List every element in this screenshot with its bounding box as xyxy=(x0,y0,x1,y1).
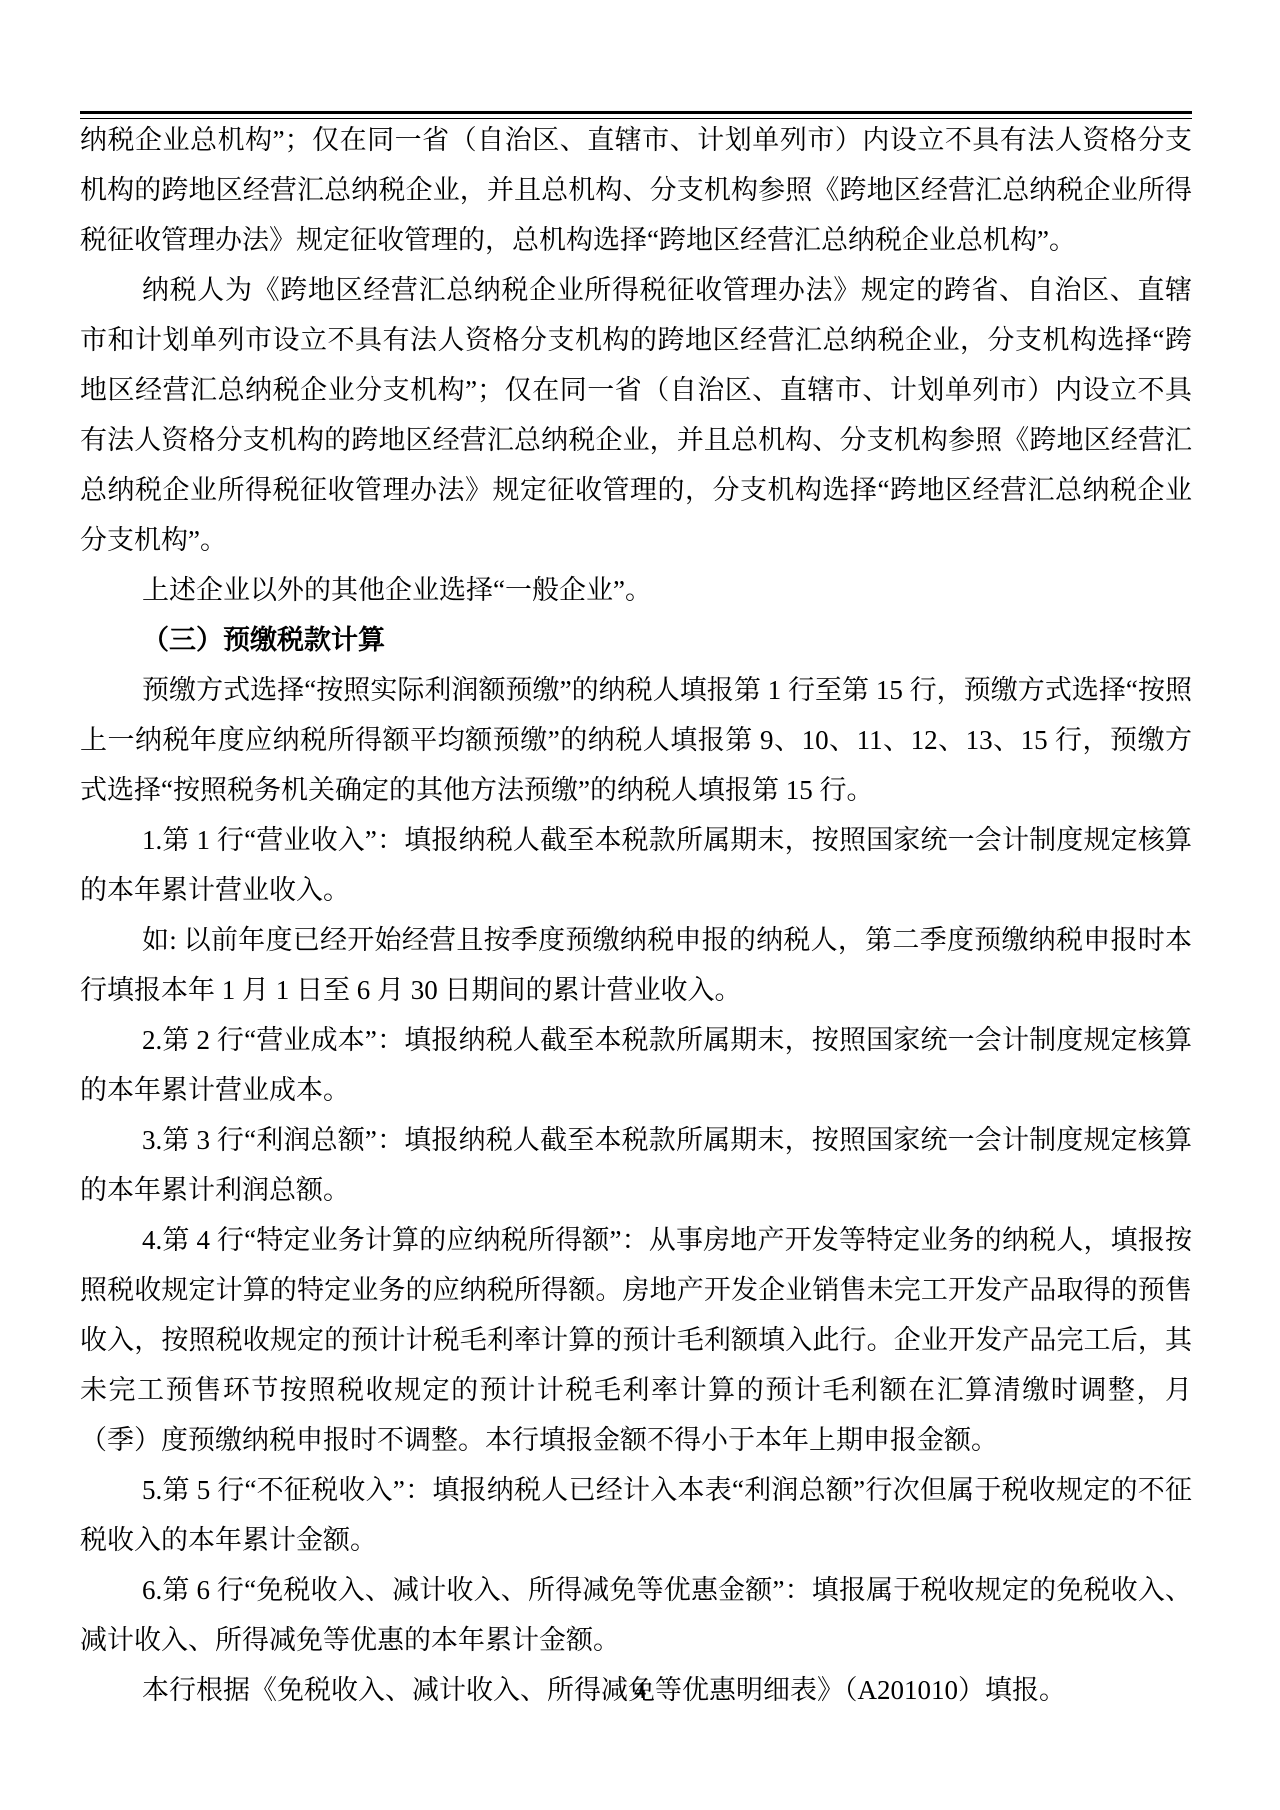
paragraph: 6.第 6 行“免税收入、减计收入、所得减免等优惠金额”：填报属于税收规定的免税… xyxy=(80,1565,1192,1665)
paragraph: 4.第 4 行“特定业务计算的应纳税所得额”：从事房地产开发等特定业务的纳税人，… xyxy=(80,1215,1192,1465)
paragraph: 3.第 3 行“利润总额”：填报纳税人截至本税款所属期末，按照国家统一会计制度规… xyxy=(80,1115,1192,1215)
paragraph: 1.第 1 行“营业收入”：填报纳税人截至本税款所属期末，按照国家统一会计制度规… xyxy=(80,815,1192,915)
page-content: 纳税企业总机构”；仅在同一省（自治区、直辖市、计划单列市）内设立不具有法人资格分… xyxy=(80,115,1192,1715)
page-footer: 4 xyxy=(0,1676,1280,1706)
page-number: 4 xyxy=(634,1678,646,1704)
section-heading: （三）预缴税款计算 xyxy=(80,615,1192,665)
paragraph: 如: 以前年度已经开始经营且按季度预缴纳税申报的纳税人，第二季度预缴纳税申报时本… xyxy=(80,915,1192,1015)
paragraph: 上述企业以外的其他企业选择“一般企业”。 xyxy=(80,565,1192,615)
paragraph: 2.第 2 行“营业成本”：填报纳税人截至本税款所属期末，按照国家统一会计制度规… xyxy=(80,1015,1192,1115)
document-page: 纳税企业总机构”；仅在同一省（自治区、直辖市、计划单列市）内设立不具有法人资格分… xyxy=(0,0,1280,1810)
paragraph: 预缴方式选择“按照实际利润额预缴”的纳税人填报第 1 行至第 15 行，预缴方式… xyxy=(80,665,1192,815)
paragraph: 纳税人为《跨地区经营汇总纳税企业所得税征收管理办法》规定的跨省、自治区、直辖市和… xyxy=(80,265,1192,565)
paragraph-continuation: 纳税企业总机构”；仅在同一省（自治区、直辖市、计划单列市）内设立不具有法人资格分… xyxy=(80,115,1192,265)
paragraph: 5.第 5 行“不征税收入”：填报纳税人已经计入本表“利润总额”行次但属于税收规… xyxy=(80,1465,1192,1565)
